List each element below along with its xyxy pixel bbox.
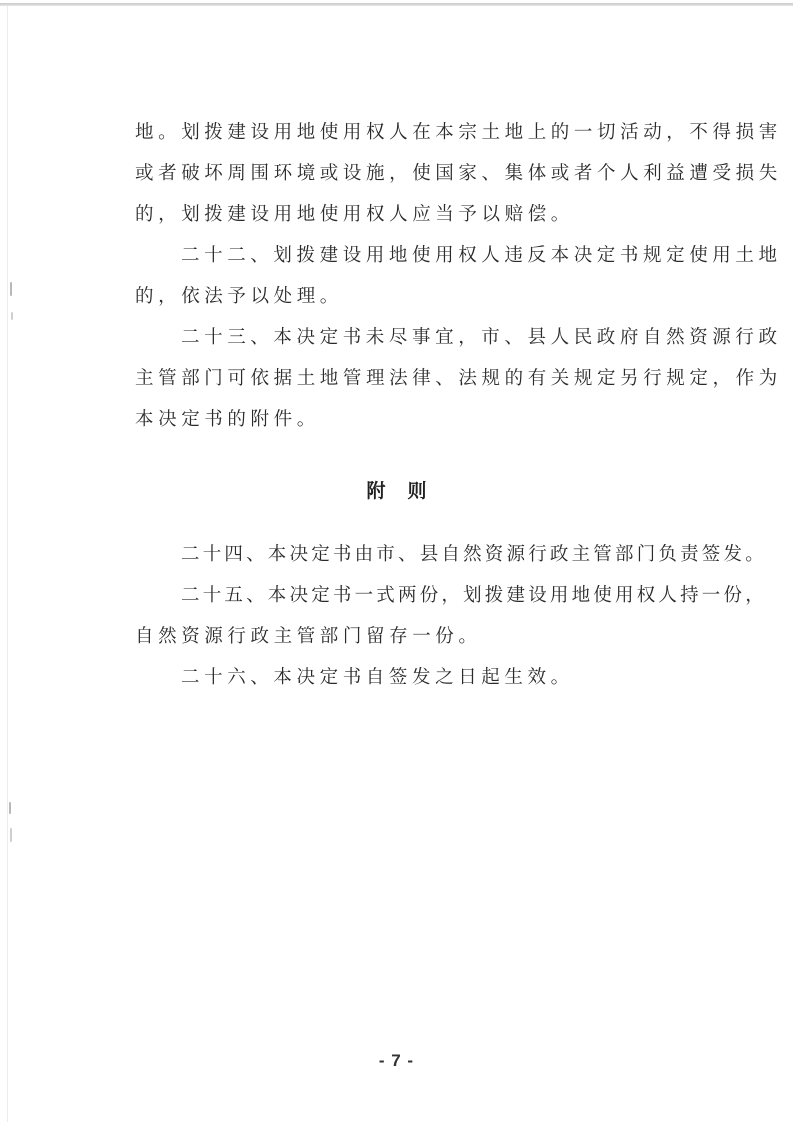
text-line: 二十五、本决定书一式两份，划拨建设用地使用权人持一份，: [135, 575, 695, 616]
text-line: 自然资源行政主管部门留存一份。: [135, 616, 695, 657]
text-line: 的，划拨建设用地使用权人应当予以赔偿。: [135, 194, 691, 235]
document-body-top: 地。划拨建设用地使用权人在本宗土地上的一切活动，不得损害 或者破坏周围环境或设施…: [135, 112, 691, 440]
binding-mark: [10, 282, 12, 296]
page-number: - 7 -: [0, 1051, 793, 1071]
binding-mark: [10, 828, 12, 842]
text-line: 地。划拨建设用地使用权人在本宗土地上的一切活动，不得损害: [135, 112, 691, 153]
paragraph-25: 二十五、本决定书一式两份，划拨建设用地使用权人持一份， 自然资源行政主管部门留存…: [135, 575, 695, 657]
text-line: 二十四、本决定书由市、县自然资源行政主管部门负责签发。: [135, 534, 695, 575]
text-line: 的，依法予以处理。: [135, 276, 691, 317]
section-title: 附则: [0, 476, 793, 503]
paragraph-21-continuation: 地。划拨建设用地使用权人在本宗土地上的一切活动，不得损害 或者破坏周围环境或设施…: [135, 112, 691, 235]
paragraph-22: 二十二、划拨建设用地使用权人违反本决定书规定使用土地 的，依法予以处理。: [135, 235, 691, 317]
document-body-bottom: 二十四、本决定书由市、县自然资源行政主管部门负责签发。 二十五、本决定书一式两份…: [135, 534, 695, 698]
text-line: 二十二、划拨建设用地使用权人违反本决定书规定使用土地: [135, 235, 691, 276]
paragraph-24: 二十四、本决定书由市、县自然资源行政主管部门负责签发。: [135, 534, 695, 575]
text-line: 本决定书的附件。: [135, 399, 691, 440]
text-line: 二十三、本决定书未尽事宜，市、县人民政府自然资源行政: [135, 317, 691, 358]
text-line: 主管部门可依据土地管理法律、法规的有关规定另行规定，作为: [135, 358, 691, 399]
binding-mark: [9, 802, 11, 814]
text-line: 或者破坏周围环境或设施，使国家、集体或者个人利益遭受损失: [135, 153, 691, 194]
text-line: 二十六、本决定书自签发之日起生效。: [135, 657, 695, 698]
binding-mark: [11, 312, 13, 320]
scan-border-left: [7, 6, 8, 1122]
paragraph-23: 二十三、本决定书未尽事宜，市、县人民政府自然资源行政 主管部门可依据土地管理法律…: [135, 317, 691, 440]
scan-border-top: [0, 3, 793, 6]
paragraph-26: 二十六、本决定书自签发之日起生效。: [135, 657, 695, 698]
